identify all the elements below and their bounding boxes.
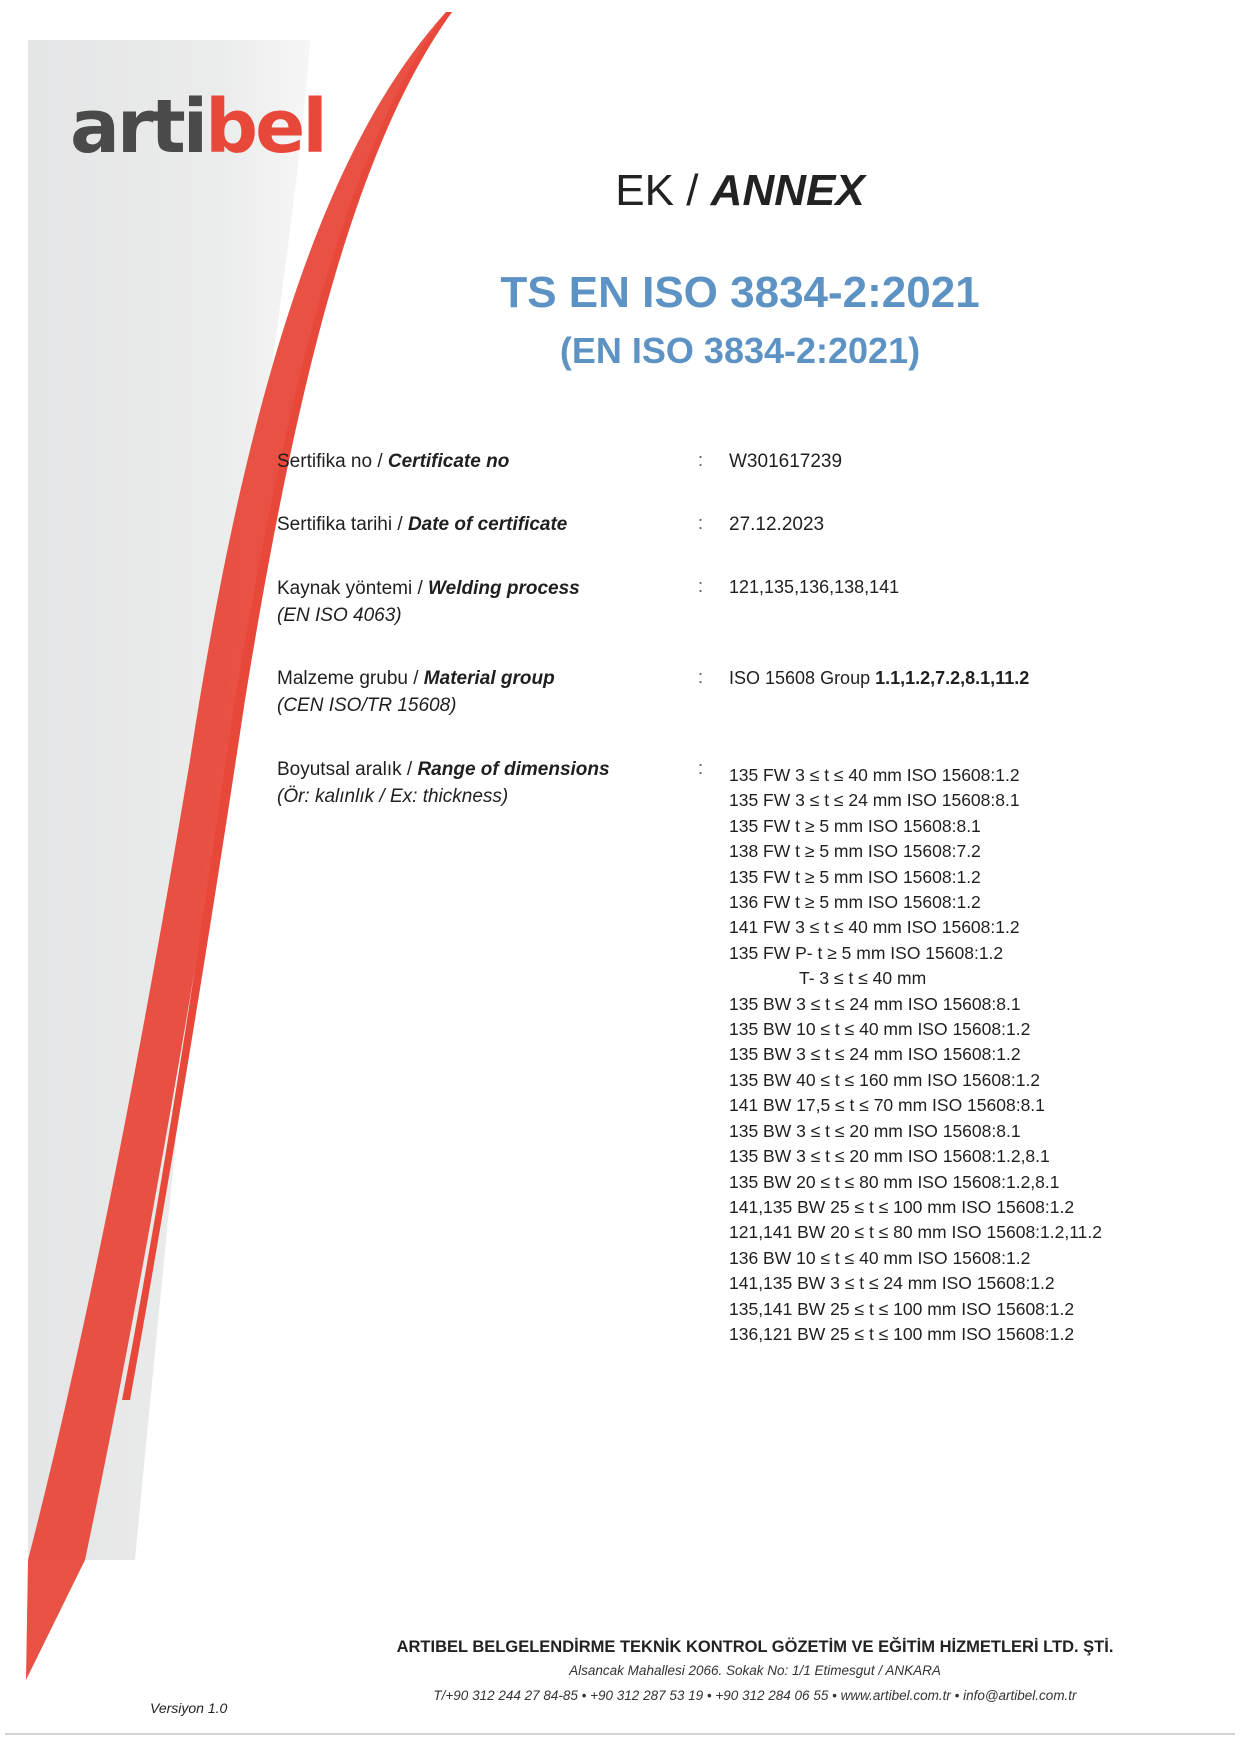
label-tr: Sertifika tarihi / bbox=[277, 514, 408, 535]
material-group-prefix: ISO 15608 Group bbox=[729, 668, 875, 688]
annex-title-tr: EK / bbox=[615, 166, 698, 215]
range-of-dimensions-list: 135 FW 3 ≤ t ≤ 40 mm ISO 15608:1.2135 FW… bbox=[729, 763, 1102, 1347]
label-tr: Kaynak yöntemi / bbox=[277, 578, 428, 599]
dimension-range-item: 141 FW 3 ≤ t ≤ 40 mm ISO 15608:1.2 bbox=[729, 915, 1102, 940]
dimension-range-item: 136 FW t ≥ 5 mm ISO 15608:1.2 bbox=[729, 890, 1102, 915]
label-tr: Malzeme grubu / bbox=[277, 668, 424, 689]
dimension-range-item: 135 BW 3 ≤ t ≤ 20 mm ISO 15608:1.2,8.1 bbox=[729, 1144, 1102, 1169]
logo-part-red: bel bbox=[205, 84, 325, 170]
footer-company-name: ARTIBEL BELGELENDİRME TEKNİK KONTROL GÖZ… bbox=[380, 1638, 1130, 1657]
material-group-codes: 1.1,1.2,7.2,8.1,11.2 bbox=[875, 668, 1029, 688]
colon: : bbox=[698, 513, 703, 534]
dimension-range-item: 135 BW 3 ≤ t ≤ 24 mm ISO 15608:1.2 bbox=[729, 1042, 1102, 1067]
certificate-no-value: W301617239 bbox=[729, 449, 842, 474]
label-en: Certificate no bbox=[388, 451, 509, 472]
dimension-range-item: 138 FW t ≥ 5 mm ISO 15608:7.2 bbox=[729, 839, 1102, 864]
welding-process-label: Kaynak yöntemi / Welding process (EN ISO… bbox=[277, 575, 580, 629]
footer-contact: T/+90 312 244 27 84-85 • +90 312 287 53 … bbox=[370, 1688, 1140, 1703]
logo-part-dark: arti bbox=[70, 84, 205, 170]
dimension-range-item: 141,135 BW 25 ≤ t ≤ 100 mm ISO 15608:1.2 bbox=[729, 1195, 1102, 1220]
standard-subtitle: (EN ISO 3834-2:2021) bbox=[0, 330, 1240, 372]
dimension-range-item: 141,135 BW 3 ≤ t ≤ 24 mm ISO 15608:1.2 bbox=[729, 1271, 1102, 1296]
dimension-range-item: 135 BW 20 ≤ t ≤ 80 mm ISO 15608:1.2,8.1 bbox=[729, 1170, 1102, 1195]
dimension-range-item: 136 BW 10 ≤ t ≤ 40 mm ISO 15608:1.2 bbox=[729, 1246, 1102, 1271]
version-label: Versiyon 1.0 bbox=[150, 1700, 227, 1716]
dimension-range-item: 135,141 BW 25 ≤ t ≤ 100 mm ISO 15608:1.2 bbox=[729, 1297, 1102, 1322]
material-group-label: Malzeme grubu / Material group (CEN ISO/… bbox=[277, 665, 555, 719]
dimension-range-item: 135 FW t ≥ 5 mm ISO 15608:8.1 bbox=[729, 814, 1102, 839]
material-group-value: ISO 15608 Group 1.1,1.2,7.2,8.1,11.2 bbox=[729, 666, 1029, 691]
artibel-logo: artibel bbox=[70, 90, 325, 164]
dimension-range-item: 136,121 BW 25 ≤ t ≤ 100 mm ISO 15608:1.2 bbox=[729, 1322, 1102, 1347]
label-en: Date of certificate bbox=[408, 514, 567, 535]
dimension-range-item: 135 FW P- t ≥ 5 mm ISO 15608:1.2 bbox=[729, 941, 1102, 966]
colon: : bbox=[698, 758, 703, 779]
dimension-range-item: 135 BW 3 ≤ t ≤ 20 mm ISO 15608:8.1 bbox=[729, 1119, 1102, 1144]
label-en: Welding process bbox=[428, 578, 580, 599]
dimension-range-item: 135 BW 10 ≤ t ≤ 40 mm ISO 15608:1.2 bbox=[729, 1017, 1102, 1042]
page-bottom-edge bbox=[5, 1733, 1235, 1735]
colon: : bbox=[698, 576, 703, 597]
certificate-no-label: Sertifika no / Certificate no bbox=[277, 448, 509, 475]
dimension-range-item: T- 3 ≤ t ≤ 40 mm bbox=[729, 966, 1102, 991]
dimension-range-item: 135 BW 3 ≤ t ≤ 24 mm ISO 15608:8.1 bbox=[729, 992, 1102, 1017]
certificate-date-value: 27.12.2023 bbox=[729, 512, 824, 537]
standard-title: TS EN ISO 3834-2:2021 bbox=[0, 268, 1240, 318]
welding-process-value: 121,135,136,138,141 bbox=[729, 575, 899, 600]
label-sub: (EN ISO 4063) bbox=[277, 602, 580, 629]
range-of-dimensions-label: Boyutsal aralık / Range of dimensions (Ö… bbox=[277, 756, 610, 810]
label-sub: (CEN ISO/TR 15608) bbox=[277, 692, 555, 719]
label-tr: Sertifika no / bbox=[277, 451, 388, 472]
annex-title-en: ANNEX bbox=[711, 166, 865, 215]
label-sub: (Ör: kalınlık / Ex: thickness) bbox=[277, 783, 610, 810]
dimension-range-item: 135 FW t ≥ 5 mm ISO 15608:1.2 bbox=[729, 865, 1102, 890]
label-en: Range of dimensions bbox=[417, 759, 609, 780]
footer-address: Alsancak Mahallesi 2066. Sokak No: 1/1 E… bbox=[380, 1663, 1130, 1678]
dimension-range-item: 135 BW 40 ≤ t ≤ 160 mm ISO 15608:1.2 bbox=[729, 1068, 1102, 1093]
dimension-range-item: 141 BW 17,5 ≤ t ≤ 70 mm ISO 15608:8.1 bbox=[729, 1093, 1102, 1118]
label-tr: Boyutsal aralık / bbox=[277, 759, 417, 780]
label-en: Material group bbox=[424, 668, 555, 689]
dimension-range-item: 135 FW 3 ≤ t ≤ 40 mm ISO 15608:1.2 bbox=[729, 763, 1102, 788]
colon: : bbox=[698, 450, 703, 471]
annex-title: EK / ANNEX bbox=[0, 166, 1240, 216]
dimension-range-item: 135 FW 3 ≤ t ≤ 24 mm ISO 15608:8.1 bbox=[729, 788, 1102, 813]
dimension-range-item: 121,141 BW 20 ≤ t ≤ 80 mm ISO 15608:1.2,… bbox=[729, 1220, 1102, 1245]
colon: : bbox=[698, 667, 703, 688]
certificate-date-label: Sertifika tarihi / Date of certificate bbox=[277, 511, 567, 538]
